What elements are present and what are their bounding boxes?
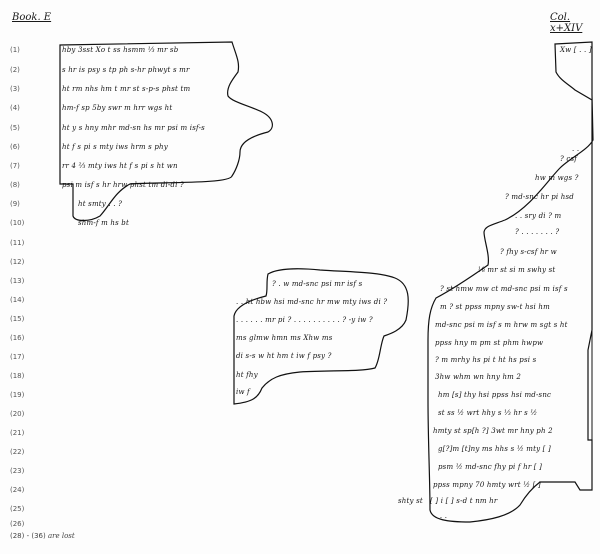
fragment-a-line: hby 3sst Xo t ss hsmm ⅓ mr sb [62,46,178,54]
fragment-c-line: hm [s] thy hsi ppss hsi md-snc [438,391,551,399]
fragment-c-margin-note: shty st [398,497,423,505]
fragment-c-line: ? st hmw mw ct md-snc psi m isf s [440,285,568,293]
fragment-b-line: ms glmw hmn ms Xhw ms [236,334,333,342]
fragment-c-line: psm ½ md-snc fhy pi f hr [ ] [438,463,542,471]
fragment-c-line: hmty st sp[h ?] 3wt mr hny ph 2 [433,427,553,435]
line-number: (22) [10,448,24,456]
fragment-c-line: ppss hny m pm st phm hwpw [435,339,543,347]
fragment-c-line: ? . . . . . . . ? [515,228,559,236]
fragment-a-line: rr 4 ⅔ mty iws ht f s pi s ht wn [62,162,178,170]
manuscript-page: Book. E Col. x+XIV (1) (2) (3) (4) (5) (… [0,0,600,554]
fragment-c-line: . . sry di ? m [515,212,561,220]
line-number: (24) [10,486,24,494]
line-number: (8) [10,181,20,189]
fragment-a-line: hm-f sp 5by swr m hrr wgs ht [62,104,172,112]
line-number: (11) [10,239,24,247]
line-number: (15) [10,315,24,323]
fragment-b-line: iw f [236,388,250,396]
line-number: (12) [10,258,24,266]
lost-lines-range: (28) - (36) [10,532,46,540]
fragment-b-line: ? . w md-snc psi mr isf s [272,280,362,288]
fragment-c-line: 3hw whm wn hny hm 2 [435,373,521,381]
fragment-b-line: . . . . . . mr pi ? . . . . . . . . . . … [236,316,373,324]
line-number: (1) [10,46,20,54]
lost-lines-note: (28) - (36) are lost [10,532,75,540]
fragment-b-line: . . ht hbw hsi md-snc hr mw mty iws di ? [236,298,387,306]
fragment-a-line: ht smty . . ? [78,200,122,208]
line-number: (21) [10,429,24,437]
fragment-b-line: di s-s w ht hm t iw f psy ? [236,352,332,360]
fragment-c-line: ? fhy s-csf hr w [500,248,557,256]
fragment-c-line: ? m mrhy hs pi t ht hs psi s [435,356,536,364]
fragment-c-line: . . . [572,145,584,153]
fragment-c-line: st ss ½ wrt hhy s ⅓ hr s ½ [438,409,537,417]
line-number: (26) [10,520,24,528]
line-number: (13) [10,277,24,285]
line-number: (20) [10,410,24,418]
line-number: (6) [10,143,20,151]
line-number: (5) [10,124,20,132]
fragment-c-line: ⅛ mr st si m swhy st [478,266,555,274]
line-number: (10) [10,219,24,227]
fragment-a-line: ht f s pi s mty iws hrm s phy [62,143,168,151]
fragment-c-line: ppss mpny 70 hmty wrt ½ [ ] [433,481,541,489]
fragment-c-line: g[?]m [t]ny ms hhs s ½ mty [ ] [438,445,551,453]
line-number: (25) [10,505,24,513]
line-number: (17) [10,353,24,361]
fragment-c-line: ? csf [560,155,577,163]
line-number: (23) [10,467,24,475]
fragment-a-line: s hr is psy s tp ph s-hr phwyt s mr [62,66,190,74]
fragment-c-line: m ? st ppss mpny sw-t hsi hm [440,303,550,311]
line-number: (14) [10,296,24,304]
line-number: (2) [10,66,20,74]
line-number: (7) [10,162,20,170]
fragment-c-line: hw m wgs ? [535,174,579,182]
line-number: (4) [10,104,20,112]
fragment-c-line: [ ] i [ ] s-d t nm hr [430,497,497,505]
fragment-c-line: ? md-snc hr pi hsd [505,193,574,201]
line-number: (9) [10,200,20,208]
fragment-c-top-label: Xw [ . . ] [560,46,592,54]
line-number: (16) [10,334,24,342]
line-number: (18) [10,372,24,380]
fragment-c-line: md-snc psi m isf s m hrw m sgt s ht [435,321,568,329]
fragment-a-line: ht rm nhs hm t mr st s-p-s phst tm [62,85,190,93]
line-number: (19) [10,391,24,399]
fragment-b-line: ht fhy [236,371,258,379]
line-number: (3) [10,85,20,93]
fragment-a-line: shm-f m hs bt [78,219,129,227]
fragment-a-line: psi m isf s hr hrw phst tm di-di ? [62,181,184,189]
fragment-c-line: . . . [435,512,447,520]
fragment-a-line: ht y s hny mhr md-sn hs mr psi m isf-s [62,124,205,132]
lost-lines-text: are lost [48,532,75,540]
